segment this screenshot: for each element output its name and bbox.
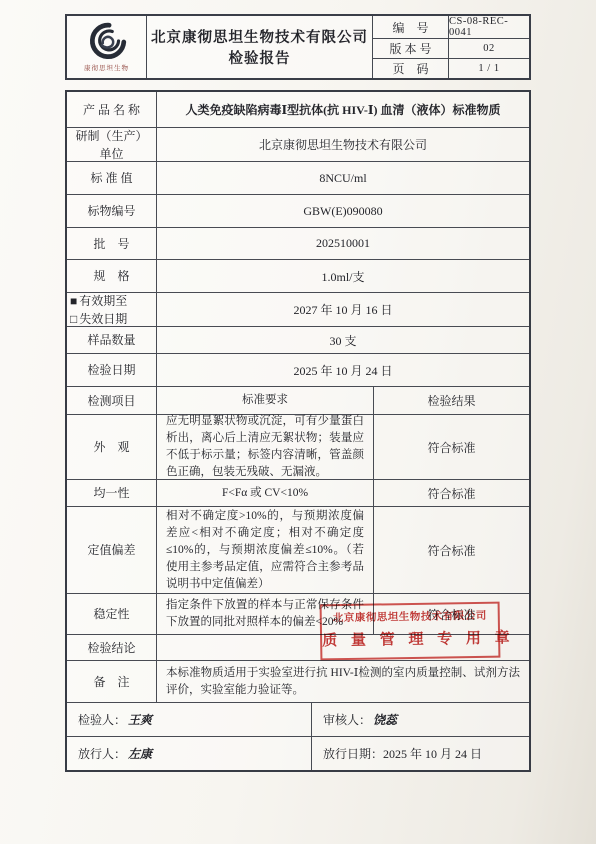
releaser-label: 放行人： — [78, 745, 126, 762]
test-row-stability: 稳定性 指定条件下放置的样本与正常保存条件下放置的同批对照样本的偏差<20% 符… — [67, 593, 529, 634]
row-value: 8NCU/ml — [157, 162, 529, 194]
meta-label: 编 号 — [373, 16, 449, 38]
row-value: 202510001 — [157, 228, 529, 259]
header-meta-table: 编 号 CS-08-REC-0041 版 本 号 02 页 码 1 / 1 — [373, 16, 529, 78]
release-date-value: 2025 年 10 月 24 日 — [383, 745, 482, 762]
row-label: 产 品 名 称 — [67, 92, 157, 127]
row-value: 1.0ml/支 — [157, 260, 529, 292]
validity-option-expiry: □失效日期 — [70, 310, 127, 328]
report-title: 北京康彻思坦生物技术有限公司检验报告 — [147, 16, 373, 78]
row-value: GBW(E)090080 — [157, 195, 529, 227]
test-table-header-row: 检测项目 标准要求 检验结果 — [67, 386, 529, 414]
checkbox-empty-icon: □ — [70, 312, 77, 326]
releaser-signature: 左康 — [128, 745, 152, 762]
checkbox-filled-icon: ■ — [70, 294, 77, 308]
meta-row-number: 编 号 CS-08-REC-0041 — [373, 16, 529, 38]
table-row-specification: 规 格 1.0ml/支 — [67, 259, 529, 292]
conclusion-value — [157, 635, 529, 660]
row-label: 批 号 — [67, 228, 157, 259]
row-label: 样品数量 — [67, 327, 157, 353]
table-row-release: 放行人： 左康 放行日期： 2025 年 10 月 24 日 — [67, 736, 529, 770]
table-row-material-number: 标物编号 GBW(E)090080 — [67, 194, 529, 227]
validity-option-label: 失效日期 — [79, 312, 127, 326]
row-value: 北京康彻思坦生物技术有限公司 — [157, 128, 529, 161]
test-requirement: 相对不确定度>10%的，与预期浓度偏差应<相对不确定度；相对不确定度≤10%的，… — [157, 507, 374, 593]
test-item: 均一性 — [67, 480, 157, 506]
scanned-inspection-report: 康彻思坦生物 北京康彻思坦生物技术有限公司检验报告 编 号 CS-08-REC-… — [0, 0, 596, 844]
releaser-cell: 放行人： 左康 — [67, 737, 312, 770]
reviewer-cell: 审核人： 饶蕊 — [312, 703, 529, 736]
row-label: 标物编号 — [67, 195, 157, 227]
meta-value: 02 — [449, 39, 529, 58]
test-result: 符合标准 — [374, 594, 529, 634]
test-row-value-deviation: 定值偏差 相对不确定度>10%的，与预期浓度偏差应<相对不确定度；相对不确定度≤… — [67, 506, 529, 593]
inspector-cell: 检验人： 王爽 — [67, 703, 312, 736]
row-label: 规 格 — [67, 260, 157, 292]
reviewer-signature: 饶蕊 — [373, 711, 397, 728]
meta-value: CS-08-REC-0041 — [449, 16, 529, 38]
row-label: 标 准 值 — [67, 162, 157, 194]
report-header: 康彻思坦生物 北京康彻思坦生物技术有限公司检验报告 编 号 CS-08-REC-… — [65, 14, 531, 80]
meta-value: 1 / 1 — [449, 59, 529, 78]
validity-option-valid: ■有效期至 — [70, 292, 127, 310]
meta-label: 版 本 号 — [373, 39, 449, 58]
row-label: 备 注 — [67, 661, 157, 702]
test-requirement: 应无明显絮状物或沉淀，可有少量蛋白析出，离心后上清应无絮状物；装量应不低于标示量… — [157, 415, 374, 479]
table-row-inspection-date: 检验日期 2025 年 10 月 24 日 — [67, 353, 529, 386]
inspector-label: 检验人： — [78, 711, 126, 728]
test-item: 定值偏差 — [67, 507, 157, 593]
test-requirement: 指定条件下放置的样本与正常保存条件下放置的同批对照样本的偏差<20% — [157, 594, 374, 634]
row-label: ■有效期至 □失效日期 — [67, 293, 157, 326]
row-value: 30 支 — [157, 327, 529, 353]
row-value: 2027 年 10 月 16 日 — [157, 293, 529, 326]
reviewer-label: 审核人： — [323, 711, 371, 728]
table-row-inspector: 检验人： 王爽 审核人： 饶蕊 — [67, 702, 529, 736]
release-date-cell: 放行日期： 2025 年 10 月 24 日 — [312, 737, 529, 770]
validity-option-label: 有效期至 — [79, 294, 127, 308]
table-row-sample-quantity: 样品数量 30 支 — [67, 326, 529, 353]
table-row-validity: ■有效期至 □失效日期 2027 年 10 月 16 日 — [67, 292, 529, 326]
row-label: 研制（生产）单位 — [67, 128, 157, 161]
column-header-result: 检验结果 — [374, 387, 529, 414]
table-row-manufacturer: 研制（生产）单位 北京康彻思坦生物技术有限公司 — [67, 127, 529, 161]
test-result: 符合标准 — [374, 415, 529, 479]
table-row-remark: 备 注 本标准物质适用于实验室进行抗 HIV-Ⅰ检测的室内质量控制、试剂方法评价… — [67, 660, 529, 702]
table-row-conclusion: 检验结论 — [67, 634, 529, 660]
remark-value: 本标准物质适用于实验室进行抗 HIV-Ⅰ检测的室内质量控制、试剂方法评价，实验室… — [157, 661, 529, 702]
meta-label: 页 码 — [373, 59, 449, 78]
meta-row-version: 版 本 号 02 — [373, 38, 529, 58]
row-label: 检验结论 — [67, 635, 157, 660]
logo-cell: 康彻思坦生物 — [67, 16, 147, 78]
row-value: 人类免疫缺陷病毒Ⅰ型抗体(抗 HIV-Ⅰ) 血清（液体）标准物质 — [157, 92, 529, 127]
table-row-standard-value: 标 准 值 8NCU/ml — [67, 161, 529, 194]
test-result: 符合标准 — [374, 507, 529, 593]
test-item: 稳定性 — [67, 594, 157, 634]
test-row-appearance: 外 观 应无明显絮状物或沉淀，可有少量蛋白析出，离心后上清应无絮状物；装量应不低… — [67, 414, 529, 479]
column-header-requirement: 标准要求 — [157, 387, 374, 414]
column-header-item: 检测项目 — [67, 387, 157, 414]
release-date-label: 放行日期： — [323, 745, 383, 762]
table-row-batch-number: 批 号 202510001 — [67, 227, 529, 259]
meta-row-page: 页 码 1 / 1 — [373, 58, 529, 78]
test-requirement: F<Fα 或 CV<10% — [157, 480, 374, 506]
row-value: 2025 年 10 月 24 日 — [157, 354, 529, 386]
logo-caption: 康彻思坦生物 — [84, 63, 129, 72]
row-label: 检验日期 — [67, 354, 157, 386]
test-row-uniformity: 均一性 F<Fα 或 CV<10% 符合标准 — [67, 479, 529, 506]
inspector-signature: 王爽 — [128, 711, 152, 728]
table-row-product-name: 产 品 名 称 人类免疫缺陷病毒Ⅰ型抗体(抗 HIV-Ⅰ) 血清（液体）标准物质 — [67, 92, 529, 127]
test-item: 外 观 — [67, 415, 157, 479]
report-table: 产 品 名 称 人类免疫缺陷病毒Ⅰ型抗体(抗 HIV-Ⅰ) 血清（液体）标准物质… — [65, 90, 531, 772]
test-result: 符合标准 — [374, 480, 529, 506]
company-logo-icon — [86, 22, 128, 62]
